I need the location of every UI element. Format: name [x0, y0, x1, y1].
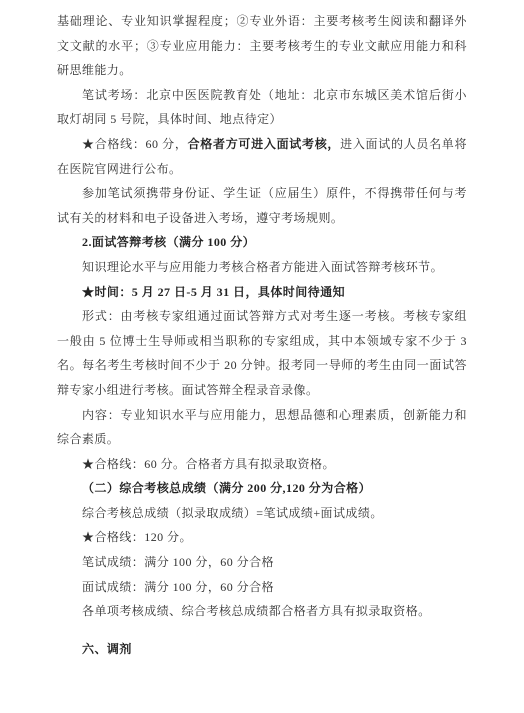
text-segment: 形式：由考核专家组通过面试答辩方式对考生逐一考核。考核专家组一般由 5 位博士生…: [57, 309, 467, 397]
paragraph: 面试成绩：满分 100 分，60 分合格: [57, 575, 467, 600]
paragraph: 内容：专业知识水平与应用能力，思想品德和心理素质，创新能力和综合素质。: [57, 403, 467, 452]
text-segment: 笔试成绩：满分 100 分，60 分合格: [82, 555, 274, 569]
heading-paragraph: 2.面试答辩考核（满分 100 分）: [57, 230, 467, 255]
paragraph: 综合考核总成绩（拟录取成绩）=笔试成绩+面试成绩。: [57, 501, 467, 526]
text-segment: 参加笔试须携带身份证、学生证（应届生）原件，不得携带任何与考试有关的材料和电子设…: [57, 186, 467, 225]
paragraph: 各单项考核成绩、综合考核总成绩都合格者方具有拟录取资格。: [57, 599, 467, 624]
text-segment: 面试成绩：满分 100 分，60 分合格: [82, 580, 274, 594]
text-segment: 笔试考场：北京中医医院教育处（地址：北京市东城区美术馆后街小取灯胡同 5 号院，…: [57, 88, 467, 127]
paragraph: 知识理论水平与应用能力考核合格者方能进入面试答辩考核环节。: [57, 255, 467, 280]
text-segment: ★合格线：60 分。合格者方具有拟录取资格。: [82, 457, 335, 471]
bold-text-segment: ★时间：5 月 27 日-5 月 31 日，具体时间待通知: [82, 285, 345, 299]
document-page: 基础理论、专业知识掌握程度；②专业外语：主要考核考生阅读和翻译外文文献的水平；③…: [0, 0, 524, 713]
paragraph: 基础理论、专业知识掌握程度；②专业外语：主要考核考生阅读和翻译外文文献的水平；③…: [57, 9, 467, 83]
paragraph: 笔试考场：北京中医医院教育处（地址：北京市东城区美术馆后街小取灯胡同 5 号院，…: [57, 83, 467, 132]
heading-paragraph: 六、调剂: [57, 637, 467, 662]
paragraph: ★合格线：60 分。合格者方具有拟录取资格。: [57, 452, 467, 477]
bold-text-segment: 合格者方可进入面试考核，: [188, 137, 341, 151]
text-segment: ★合格线：60 分，: [82, 137, 188, 151]
bold-text-segment: （二）综合考核总成绩（满分 200 分,120 分为合格）: [82, 481, 371, 495]
paragraph: ★合格线：60 分，合格者方可进入面试考核，进入面试的人员名单将在医院官网进行公…: [57, 132, 467, 181]
paragraph: 笔试成绩：满分 100 分，60 分合格: [57, 550, 467, 575]
paragraph: 参加笔试须携带身份证、学生证（应届生）原件，不得携带任何与考试有关的材料和电子设…: [57, 181, 467, 230]
text-segment: 内容：专业知识水平与应用能力，思想品德和心理素质，创新能力和综合素质。: [57, 408, 467, 447]
document-body: 基础理论、专业知识掌握程度；②专业外语：主要考核考生阅读和翻译外文文献的水平；③…: [57, 9, 467, 661]
heading-paragraph: ★时间：5 月 27 日-5 月 31 日，具体时间待通知: [57, 280, 467, 305]
bold-text-segment: 2.面试答辩考核（满分 100 分）: [82, 235, 255, 249]
text-segment: ★合格线：120 分。: [82, 530, 192, 544]
text-segment: 各单项考核成绩、综合考核总成绩都合格者方具有拟录取资格。: [82, 604, 431, 618]
bold-text-segment: 六、调剂: [82, 642, 132, 656]
heading-paragraph: （二）综合考核总成绩（满分 200 分,120 分为合格）: [57, 476, 467, 501]
paragraph: 形式：由考核专家组通过面试答辩方式对考生逐一考核。考核专家组一般由 5 位博士生…: [57, 304, 467, 402]
text-segment: 知识理论水平与应用能力考核合格者方能进入面试答辩考核环节。: [82, 260, 443, 274]
text-segment: 基础理论、专业知识掌握程度；②专业外语：主要考核考生阅读和翻译外文文献的水平；③…: [57, 14, 467, 77]
paragraph: ★合格线：120 分。: [57, 525, 467, 550]
text-segment: 综合考核总成绩（拟录取成绩）=笔试成绩+面试成绩。: [82, 506, 383, 520]
